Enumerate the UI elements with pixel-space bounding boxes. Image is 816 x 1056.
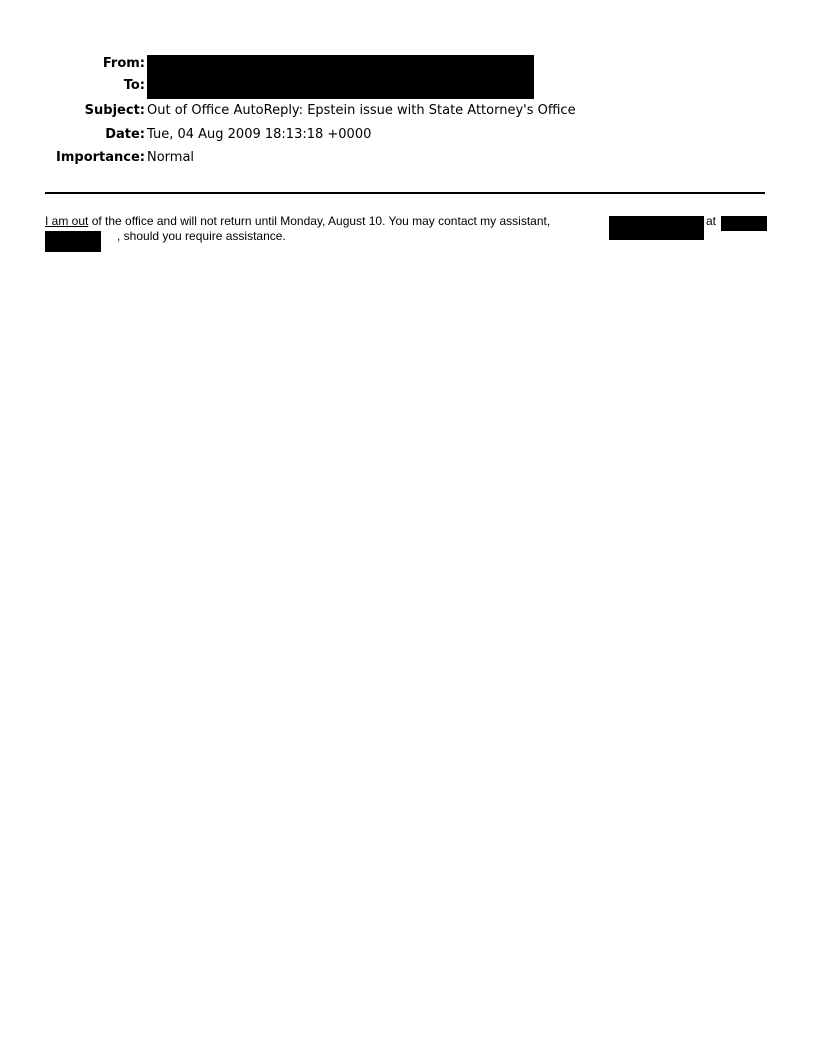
importance-value: Normal bbox=[147, 148, 194, 168]
body-at-text: at bbox=[706, 214, 716, 229]
header-divider bbox=[45, 192, 765, 194]
phone-redaction-2 bbox=[45, 231, 101, 252]
to-label: To: bbox=[5, 76, 145, 96]
phone-redaction-1 bbox=[721, 216, 767, 231]
body-line-1: I am out of the office and will not retu… bbox=[45, 214, 550, 229]
date-row: Date: Tue, 04 Aug 2009 18:13:18 +0000 bbox=[0, 125, 816, 145]
body-underlined-text: I am out bbox=[45, 214, 88, 228]
subject-value: Out of Office AutoReply: Epstein issue w… bbox=[147, 101, 576, 121]
importance-label: Importance: bbox=[5, 148, 145, 168]
date-value: Tue, 04 Aug 2009 18:13:18 +0000 bbox=[147, 125, 371, 145]
body-text-1: of the office and will not return until … bbox=[88, 214, 550, 228]
body-line-2: , should you require assistance. bbox=[117, 229, 286, 244]
from-to-redaction bbox=[147, 55, 534, 99]
body-text-2: , should you require assistance. bbox=[117, 229, 286, 243]
subject-row: Subject: Out of Office AutoReply: Epstei… bbox=[0, 101, 816, 121]
subject-label: Subject: bbox=[5, 101, 145, 121]
date-label: Date: bbox=[5, 125, 145, 145]
from-label: From: bbox=[5, 54, 145, 74]
assistant-name-redaction bbox=[609, 216, 704, 240]
importance-row: Importance: Normal bbox=[0, 148, 816, 168]
